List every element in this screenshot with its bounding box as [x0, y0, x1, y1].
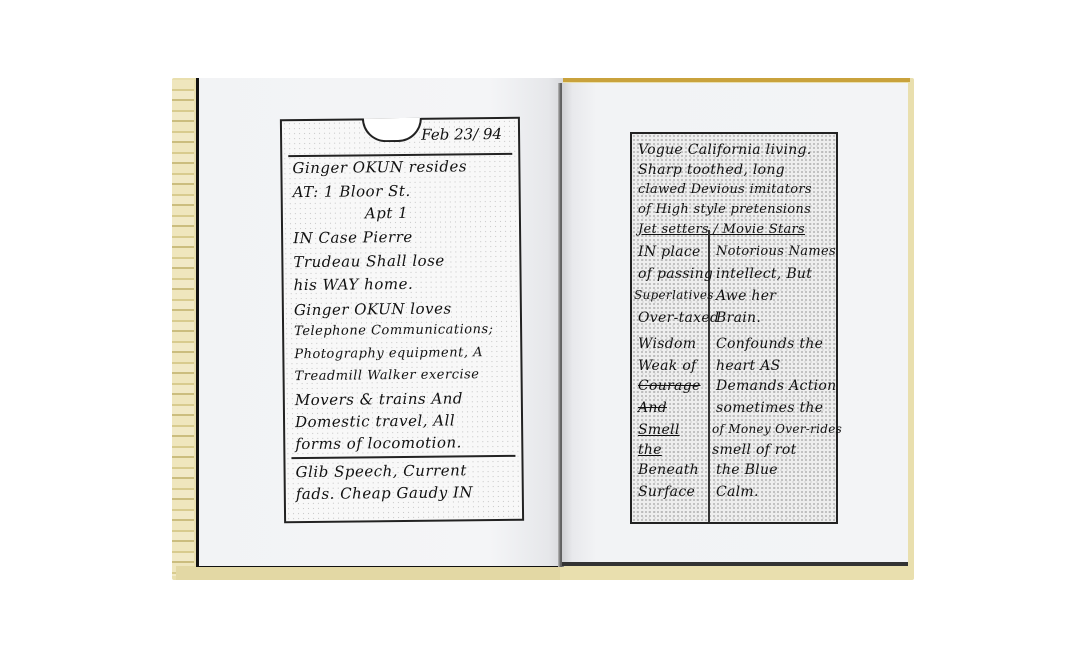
note-line: Treadmill Walker exercise: [295, 367, 480, 384]
note-line: Jet setters / Movie Stars: [638, 222, 805, 237]
show-through-text: [237, 308, 247, 334]
right-column-line: sometimes the: [716, 400, 823, 416]
right-column-line: Notorious Names: [716, 244, 836, 259]
right-column-line: the Blue: [716, 462, 778, 478]
right-handwritten-card: Vogue California living. Sharp toothed, …: [630, 132, 838, 524]
right-column-line: Brain.: [716, 310, 761, 326]
left-column-line: Over-taxed: [638, 310, 719, 326]
divider-rule: [291, 455, 515, 459]
book-spine-edge: [172, 80, 194, 576]
note-date: Feb 23/ 94: [421, 125, 502, 144]
note-line: Ginger OKUN resides: [292, 157, 467, 177]
torn-notch: [362, 118, 422, 143]
left-column-line: Beneath: [638, 462, 699, 478]
left-column-line: Wisdom: [638, 336, 696, 352]
right-column-line: Demands Action: [716, 378, 836, 394]
left-column-line: Superlatives: [634, 288, 714, 302]
note-line: AT: 1 Bloor St.: [293, 182, 411, 201]
note-line: clawed Devious imitators: [638, 182, 812, 197]
right-column-line: Awe her: [716, 288, 776, 304]
note-line: Vogue California living.: [638, 142, 812, 158]
left-column-line: Weak of: [638, 358, 697, 374]
right-column-line: Calm.: [716, 484, 759, 500]
left-column-line: And: [638, 400, 667, 416]
note-line: Ginger OKUN loves: [294, 299, 452, 319]
left-column-line: Smell: [638, 422, 680, 438]
note-line: Trudeau Shall lose: [293, 252, 445, 272]
note-footer-line: Glib Speech, Current: [295, 461, 466, 481]
left-column-line: Surface: [638, 484, 695, 500]
note-line: his WAY home.: [294, 275, 414, 294]
note-line: Photography equipment, A: [294, 345, 483, 362]
note-line: Domestic travel, All: [295, 411, 455, 431]
left-handwritten-card: Feb 23/ 94 Ginger OKUN resides AT: 1 Blo…: [280, 117, 524, 523]
note-line: Movers & trains And: [295, 389, 463, 409]
right-column-line: of Money Over-rides: [712, 422, 842, 436]
right-column-line: heart AS: [716, 358, 781, 374]
right-column-line: Confounds the: [716, 336, 823, 352]
left-column-line: IN place: [638, 244, 701, 260]
note-line: forms of locomotion.: [295, 433, 462, 453]
note-line: Apt 1: [365, 204, 408, 222]
note-line: of High style pretensions: [638, 202, 811, 217]
left-column-line: Courage: [638, 378, 701, 394]
note-footer-line: fads. Cheap Gaudy IN: [296, 483, 473, 503]
note-line: IN Case Pierre: [293, 228, 413, 247]
note-line: Telephone Communications;: [294, 322, 494, 339]
left-column-line: of passing: [638, 266, 713, 282]
left-column-line: the: [638, 442, 662, 458]
right-column-line: smell of rot: [712, 442, 797, 458]
book-cover-bottom: [176, 566, 560, 580]
note-line: Sharp toothed, long: [638, 162, 785, 178]
gilt-edge: [560, 78, 910, 82]
right-column-line: intellect, But: [716, 266, 812, 282]
top-rule: [288, 153, 512, 157]
